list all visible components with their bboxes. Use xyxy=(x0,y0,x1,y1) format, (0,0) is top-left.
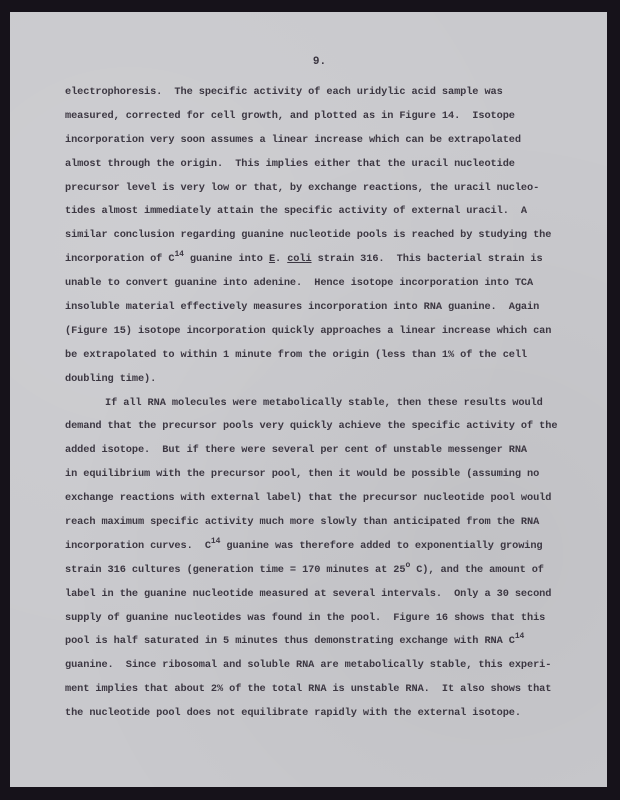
text-segment: label in the guanine nucleotide measured… xyxy=(65,588,551,600)
text-segment: precursor level is very low or that, by … xyxy=(65,182,539,194)
text-line: unable to convert guanine into adenine. … xyxy=(65,272,595,296)
text-line: in equilibrium with the precursor pool, … xyxy=(65,463,595,487)
text-line: incorporation very soon assumes a linear… xyxy=(65,129,595,153)
text-segment: reach maximum specific activity much mor… xyxy=(65,516,539,528)
text-segment: in equilibrium with the precursor pool, … xyxy=(65,468,539,480)
text-line: incorporation curves. C14 guanine was th… xyxy=(65,535,595,559)
text-line: added isotope. But if there were several… xyxy=(65,439,595,463)
text-segment: If all RNA molecules were metabolically … xyxy=(105,397,543,409)
document-page: 9. electrophoresis. The specific activit… xyxy=(10,12,607,787)
superscript: 14 xyxy=(211,537,220,546)
text-line: doubling time). xyxy=(65,368,595,392)
text-segment: demand that the precursor pools very qui… xyxy=(65,420,557,432)
superscript: 14 xyxy=(174,250,183,259)
text-line: tides almost immediately attain the spec… xyxy=(65,200,595,224)
text-segment: unable to convert guanine into adenine. … xyxy=(65,277,533,289)
text-segment: insoluble material effectively measures … xyxy=(65,301,539,313)
text-segment: almost through the origin. This implies … xyxy=(65,158,515,170)
text-line: insoluble material effectively measures … xyxy=(65,296,595,320)
text-line: be extrapolated to within 1 minute from … xyxy=(65,344,595,368)
text-segment: ment implies that about 2% of the total … xyxy=(65,683,551,695)
text-line: If all RNA molecules were metabolically … xyxy=(65,392,595,416)
text-segment: added isotope. But if there were several… xyxy=(65,444,527,456)
text-line: incorporation of C14 guanine into E. col… xyxy=(65,248,595,272)
text-line: label in the guanine nucleotide measured… xyxy=(65,583,595,607)
text-line: (Figure 15) isotope incorporation quickl… xyxy=(65,320,595,344)
text-segment: similar conclusion regarding guanine nuc… xyxy=(65,229,551,241)
text-segment: guanine into xyxy=(184,253,269,265)
text-segment: exchange reactions with external label) … xyxy=(65,492,551,504)
text-line: almost through the origin. This implies … xyxy=(65,153,595,177)
page-number: 9. xyxy=(10,56,607,68)
text-line: guanine. Since ribosomal and soluble RNA… xyxy=(65,654,595,678)
text-segment: incorporation very soon assumes a linear… xyxy=(65,134,521,146)
text-line: supply of guanine nucleotides was found … xyxy=(65,607,595,631)
text-line: exchange reactions with external label) … xyxy=(65,487,595,511)
text-line: similar conclusion regarding guanine nuc… xyxy=(65,224,595,248)
text-line: reach maximum specific activity much mor… xyxy=(65,511,595,535)
text-segment: pool is half saturated in 5 minutes thus… xyxy=(65,635,515,647)
text-line: strain 316 cultures (generation time = 1… xyxy=(65,559,595,583)
text-segment: . xyxy=(275,253,287,265)
text-segment: electrophoresis. The specific activity o… xyxy=(65,86,503,98)
text-line: ment implies that about 2% of the total … xyxy=(65,678,595,702)
superscript: 14 xyxy=(515,632,524,641)
text-line: measured, corrected for cell growth, and… xyxy=(65,105,595,129)
text-segment: C), and the amount of xyxy=(410,564,544,576)
text-segment: the nucleotide pool does not equilibrate… xyxy=(65,707,521,719)
text-line: the nucleotide pool does not equilibrate… xyxy=(65,702,595,726)
text-segment: strain 316 cultures (generation time = 1… xyxy=(65,564,405,576)
body-text: electrophoresis. The specific activity o… xyxy=(65,81,595,726)
text-segment: doubling time). xyxy=(65,373,156,385)
text-segment: guanine. Since ribosomal and soluble RNA… xyxy=(65,659,551,671)
text-segment: measured, corrected for cell growth, and… xyxy=(65,110,515,122)
text-segment: supply of guanine nucleotides was found … xyxy=(65,612,545,624)
underlined-text: coli xyxy=(287,253,311,265)
text-line: electrophoresis. The specific activity o… xyxy=(65,81,595,105)
text-segment: be extrapolated to within 1 minute from … xyxy=(65,349,527,361)
text-segment: guanine was therefore added to exponenti… xyxy=(220,540,542,552)
text-segment: incorporation curves. C xyxy=(65,540,211,552)
text-line: precursor level is very low or that, by … xyxy=(65,177,595,201)
text-segment: strain 316. This bacterial strain is xyxy=(312,253,543,265)
text-line: pool is half saturated in 5 minutes thus… xyxy=(65,630,595,654)
text-segment: incorporation of C xyxy=(65,253,174,265)
text-line: demand that the precursor pools very qui… xyxy=(65,415,595,439)
text-segment: (Figure 15) isotope incorporation quickl… xyxy=(65,325,551,337)
text-segment: tides almost immediately attain the spec… xyxy=(65,205,527,217)
